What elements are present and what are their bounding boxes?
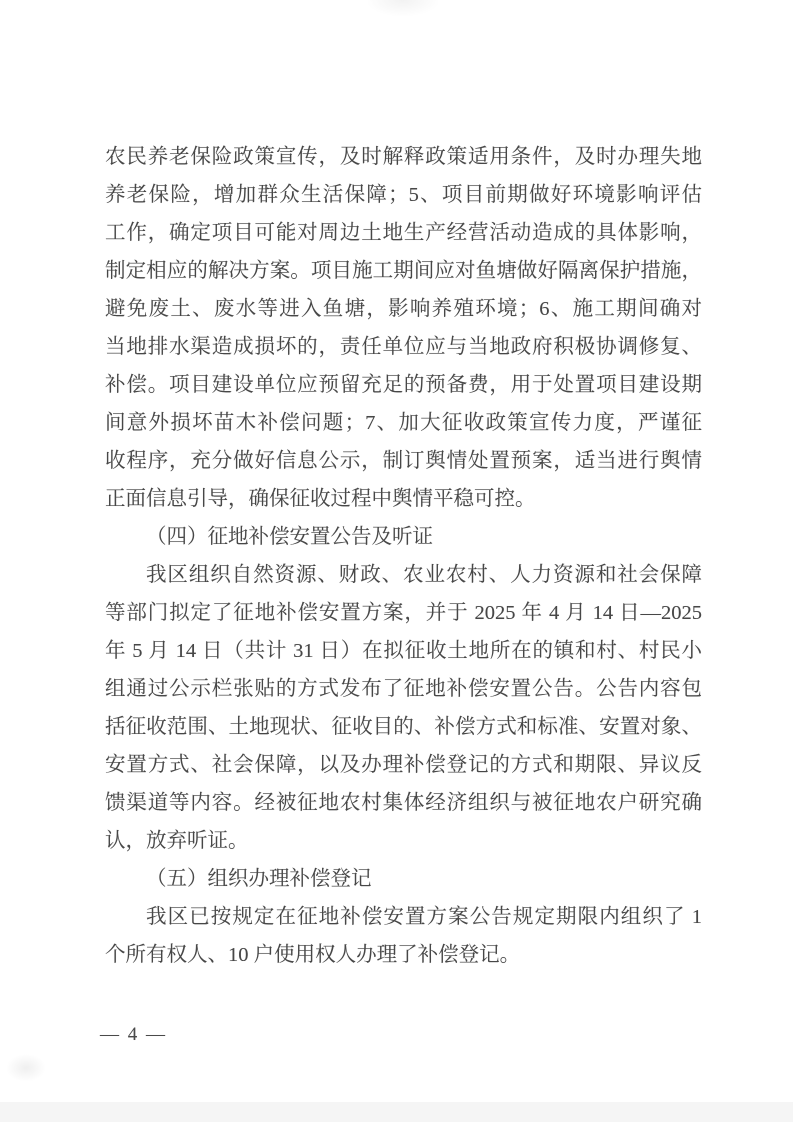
scan-artifact-top — [368, 0, 438, 16]
page-number: — 4 — — [100, 1024, 165, 1046]
text-line: （四）征地补偿安置公告及听证 — [105, 518, 702, 556]
text-line: 组通过公示栏张贴的方式发布了征地补偿安置公告。公告内容包 — [105, 670, 702, 708]
text-line: 农民养老保险政策宣传，及时解释政策适用条件，及时办理失地 — [105, 138, 702, 176]
document-text-block: 农民养老保险政策宣传，及时解释政策适用条件，及时办理失地养老保险，增加群众生活保… — [105, 138, 702, 974]
text-line: 我区已按规定在征地补偿安置方案公告规定期限内组织了 1 — [105, 898, 702, 936]
text-line: 个所有权人、10 户使用权人办理了补偿登记。 — [105, 936, 702, 974]
text-line: 制定相应的解决方案。项目施工期间应对鱼塘做好隔离保护措施， — [105, 252, 702, 290]
text-line: 间意外损坏苗木补偿问题；7、加大征收政策宣传力度，严谨征 — [105, 404, 702, 442]
text-line: 等部门拟定了征地补偿安置方案，并于 2025 年 4 月 14 日—2025 — [105, 594, 702, 632]
text-line: 当地排水渠造成损坏的，责任单位应与当地政府积极协调修复、 — [105, 328, 702, 366]
scan-artifact-bottom-band — [0, 1102, 793, 1122]
text-line: 安置方式、社会保障，以及办理补偿登记的方式和期限、异议反 — [105, 746, 702, 784]
text-line: 避免废土、废水等进入鱼塘，影响养殖环境；6、施工期间确对 — [105, 290, 702, 328]
document-page: 农民养老保险政策宣传，及时解释政策适用条件，及时办理失地养老保险，增加群众生活保… — [0, 0, 793, 1122]
text-line: 馈渠道等内容。经被征地农村集体经济组织与被征地农户研究确 — [105, 784, 702, 822]
text-line: 补偿。项目建设单位应预留充足的预备费，用于处置项目建设期 — [105, 366, 702, 404]
text-line: 养老保险，增加群众生活保障；5、项目前期做好环境影响评估 — [105, 176, 702, 214]
text-line: 括征收范围、土地现状、征收目的、补偿方式和标准、安置对象、 — [105, 708, 702, 746]
text-line: 收程序，充分做好信息公示，制订舆情处置预案，适当进行舆情 — [105, 442, 702, 480]
text-line: 正面信息引导，确保征收过程中舆情平稳可控。 — [105, 480, 702, 518]
text-line: （五）组织办理补偿登记 — [105, 860, 702, 898]
text-line: 工作，确定项目可能对周边土地生产经营活动造成的具体影响， — [105, 214, 702, 252]
text-line: 年 5 月 14 日（共计 31 日）在拟征收土地所在的镇和村、村民小 — [105, 632, 702, 670]
scan-artifact-bottom-left — [6, 1054, 46, 1082]
text-line: 我区组织自然资源、财政、农业农村、人力资源和社会保障 — [105, 556, 702, 594]
text-line: 认，放弃听证。 — [105, 822, 702, 860]
